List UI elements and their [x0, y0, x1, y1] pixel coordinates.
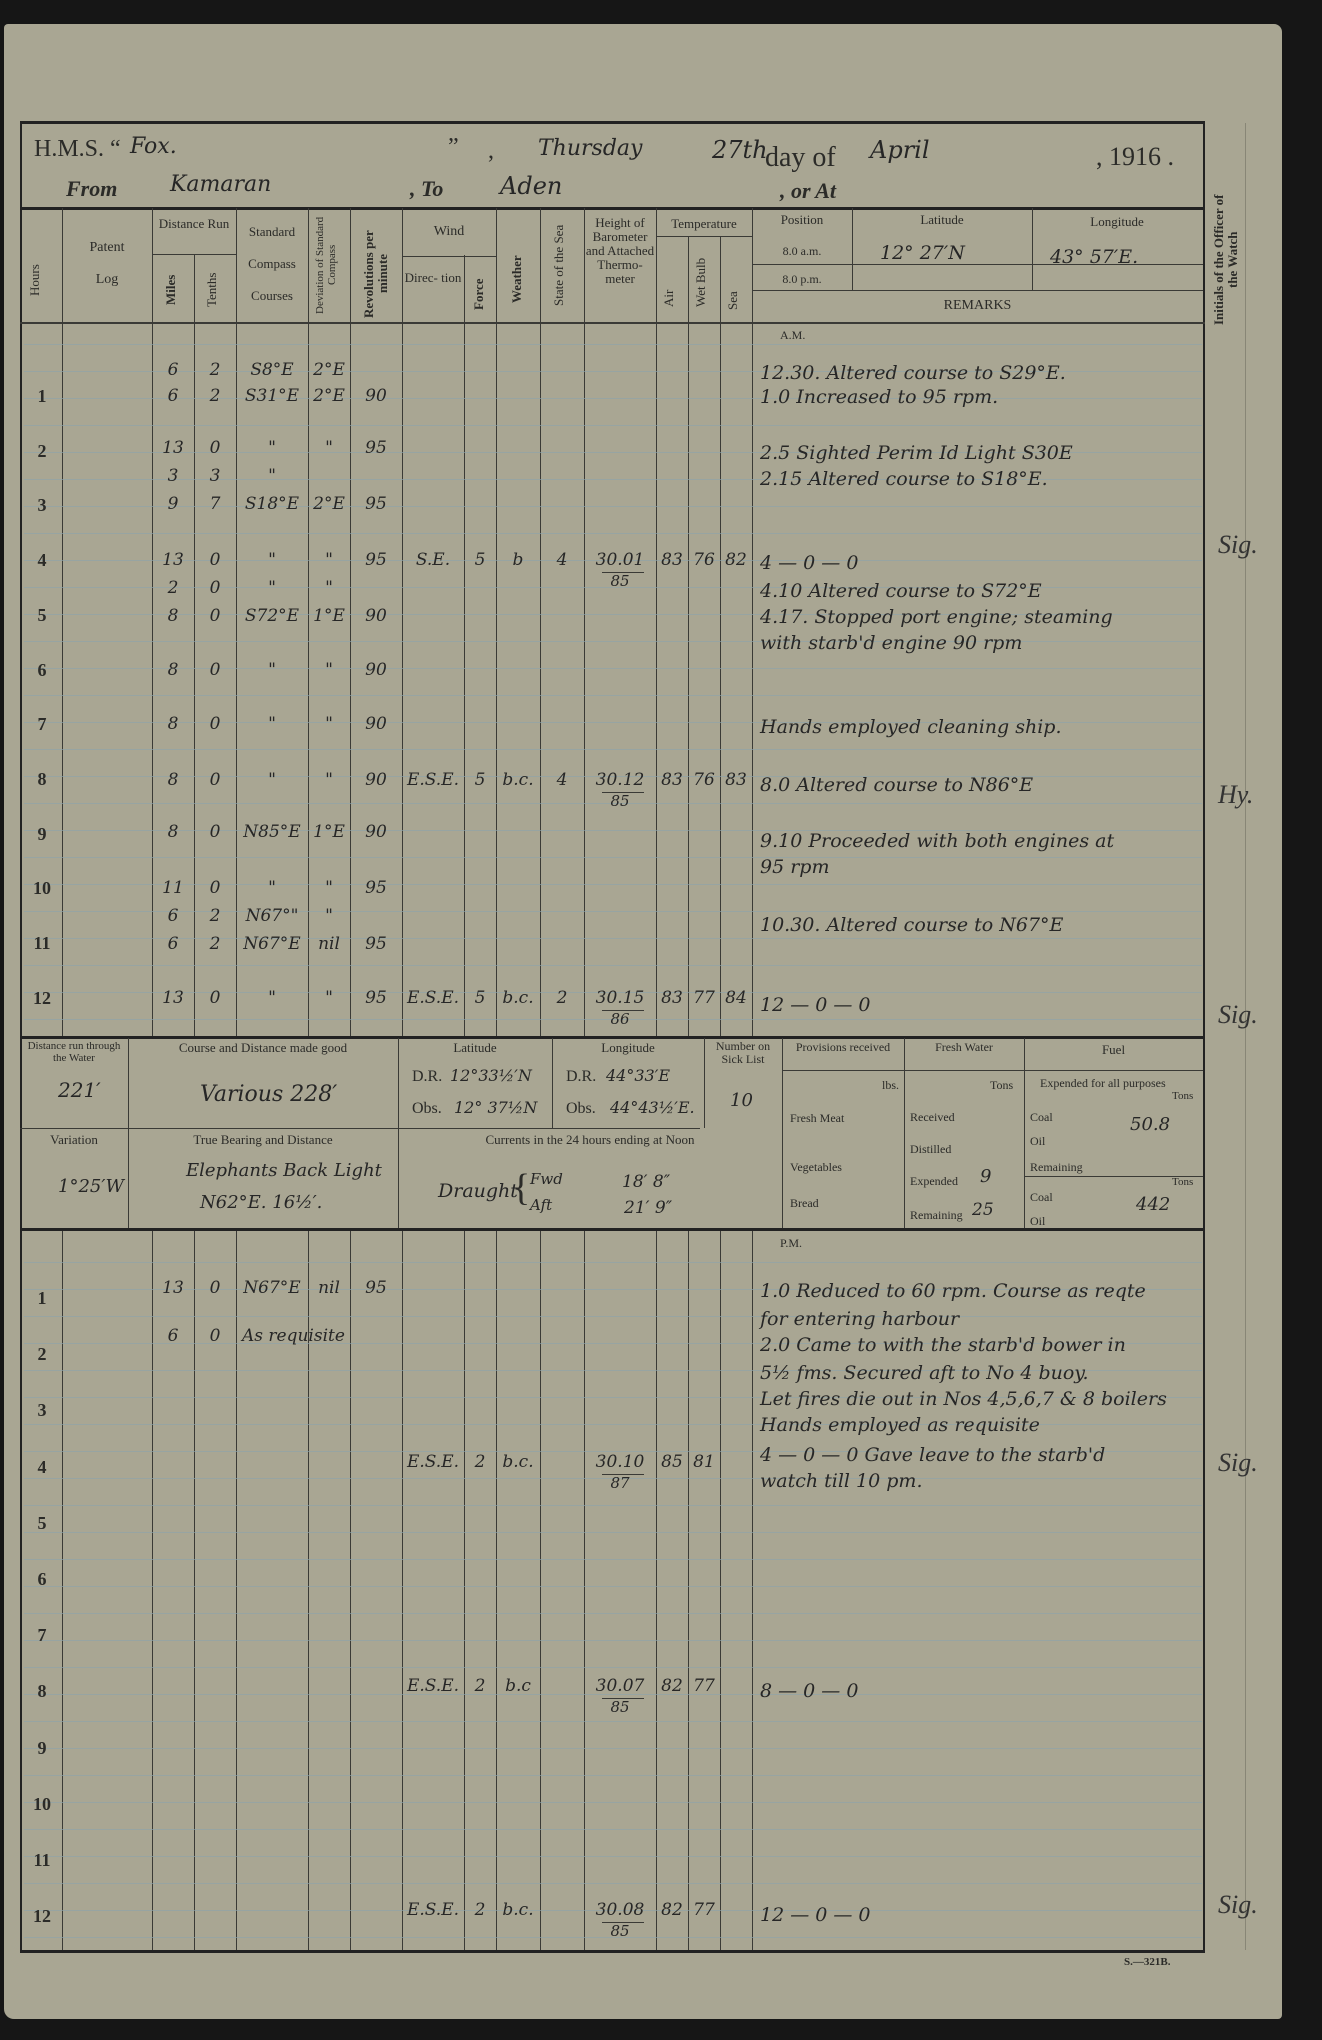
cell-revs: 95 — [350, 1278, 402, 1298]
cell-tenths: 0 — [194, 988, 236, 1008]
coal-label: Coal — [1030, 1110, 1053, 1125]
cell-course: S18°E — [236, 494, 308, 514]
margin-line — [1245, 123, 1246, 1950]
pos-pm-label: 8.0 p.m. — [752, 272, 852, 287]
ruled-line — [24, 1505, 1202, 1506]
cell-course: N67°E — [236, 934, 308, 954]
hour-label: 6 — [22, 1569, 62, 1590]
cell-revs: 90 — [350, 770, 402, 790]
fraction-bar — [602, 572, 644, 573]
cell-deviation: " — [308, 770, 350, 790]
cell-deviation: " — [308, 906, 350, 926]
remark-line: 4 — 0 — 0 — [760, 552, 858, 574]
to-place: Aden — [500, 172, 562, 200]
cell-revs: 95 — [350, 494, 402, 514]
remark-line: Let fires die out in Nos 4,5,6,7 & 8 boi… — [760, 1388, 1167, 1410]
hour-label: 11 — [22, 1850, 62, 1871]
received-label: Received — [910, 1110, 955, 1125]
col-weather: Weather — [510, 240, 528, 318]
remark-line: Hands employed as requisite — [760, 1414, 1040, 1436]
cell-course: N67°E — [236, 1278, 308, 1298]
remark-line: 9.10 Proceeded with both engines at — [760, 830, 1114, 852]
lon-dr: 44°33′E — [606, 1066, 670, 1085]
distilled-label: Distilled — [910, 1142, 951, 1157]
hour-label: 8 — [22, 1681, 62, 1702]
fuel-remaining-label: Remaining — [1030, 1160, 1083, 1175]
header-bottom-line — [20, 322, 1205, 324]
hour-label: 8 — [22, 769, 62, 790]
initials-signature: Sig. — [1218, 1890, 1258, 1920]
cell-course: N85°E — [236, 822, 308, 842]
cell-revs: 90 — [350, 606, 402, 626]
draught-label: Draught — [438, 1180, 518, 1202]
hour-label: 4 — [22, 550, 62, 571]
hour-label: 9 — [22, 824, 62, 845]
ruled-line — [24, 857, 1202, 858]
year: , 1916 . — [1096, 142, 1174, 172]
pm-label: P.M. — [780, 1236, 802, 1251]
column-divider — [720, 237, 721, 1036]
cell-miles: 6 — [152, 934, 194, 954]
col-standard: Standard — [236, 224, 308, 239]
hour-label: 7 — [22, 714, 62, 735]
cell-miles: 8 — [152, 770, 194, 790]
top-border — [20, 121, 1205, 124]
column-divider — [752, 1230, 753, 1950]
cell-deviation: 1°E — [308, 822, 350, 842]
cell-force: 2 — [464, 1676, 496, 1696]
header-top-line — [20, 207, 1205, 210]
cell-wind-dir: S.E. — [402, 550, 464, 570]
cell-tenths: 0 — [194, 550, 236, 570]
ruled-line — [24, 1775, 1202, 1776]
col-revolutions: Revolutions per minute — [362, 230, 394, 318]
cell-tenths: 0 — [194, 770, 236, 790]
remark-line: 8 — 0 — 0 — [760, 1680, 858, 1702]
column-divider — [584, 1230, 585, 1950]
cell-barometer: 30.08 — [584, 1900, 656, 1920]
remark-line: 4.10 Altered course to S72°E — [760, 580, 1042, 602]
cell-sea: 84 — [720, 988, 752, 1008]
ruled-line — [24, 1748, 1202, 1749]
hour-label: 1 — [22, 386, 62, 407]
true-bearing-line1: Elephants Back Light — [186, 1160, 382, 1181]
cell-wind-dir: E.S.E. — [402, 770, 464, 790]
cell-wind-dir: E.S.E. — [402, 1900, 464, 1920]
cell-tenths: 0 — [194, 578, 236, 598]
cell-miles: 8 — [152, 606, 194, 626]
column-divider — [540, 1230, 541, 1950]
col-force: Force — [472, 270, 490, 318]
cell-miles: 6 — [152, 386, 194, 406]
col-miles: Miles — [164, 262, 182, 318]
cell-wet-bulb: 76 — [688, 550, 720, 570]
ruled-line — [24, 1532, 1202, 1533]
cell-tenths: 0 — [194, 606, 236, 626]
cell-deviation: 1°E — [308, 606, 350, 626]
cell-course: " — [236, 988, 308, 1008]
cell-revs: 95 — [350, 934, 402, 954]
cell-wet-bulb: 76 — [688, 770, 720, 790]
remark-line: Hands employed cleaning ship. — [760, 716, 1062, 738]
cell-deviation: 2°E — [308, 386, 350, 406]
remark-line: 4 — 0 — 0 Gave leave to the starb'd — [760, 1444, 1105, 1466]
draught-aft-label: Aft — [530, 1196, 552, 1214]
hour-label: 4 — [22, 1457, 62, 1478]
oil-label: Oil — [1030, 1214, 1045, 1229]
cell-course: S31°E — [236, 386, 308, 406]
cell-tenths: 0 — [194, 660, 236, 680]
cell-revs: 90 — [350, 660, 402, 680]
cell-tenths: 2 — [194, 906, 236, 926]
cell-barometer: 30.12 — [584, 770, 656, 790]
latitude-label: Latitude — [398, 1040, 552, 1055]
coal-label: Coal — [1030, 1190, 1053, 1205]
pos-am-label: 8.0 a.m. — [752, 244, 852, 259]
cell-miles: 13 — [152, 438, 194, 458]
course-made-good: Various 228′ — [200, 1082, 337, 1107]
lon-dr-label: D.R. — [566, 1068, 596, 1086]
cell-air: 83 — [656, 770, 688, 790]
initials-signature: Hy. — [1218, 780, 1253, 810]
remark-line: 2.5 Sighted Perim Id Light S30E — [760, 442, 1073, 464]
remark-line: 1.0 Increased to 95 rpm. — [760, 386, 998, 408]
or-at-label: , or At — [780, 178, 836, 204]
cell-tenths: 0 — [194, 1326, 236, 1346]
cell-sea-state: 2 — [540, 988, 584, 1008]
col-barometer: Height of Barometer and Attached Thermo-… — [584, 216, 656, 286]
ruled-line — [24, 1640, 1202, 1641]
cell-miles: 3 — [152, 466, 194, 486]
column-divider — [402, 1230, 403, 1950]
ruled-line — [24, 695, 1202, 696]
cell-wet-bulb: 81 — [688, 1452, 720, 1472]
lbs-label: lbs. — [882, 1078, 899, 1093]
col-hours: Hours — [28, 240, 52, 320]
remark-line: 1.0 Reduced to 60 rpm. Course as reqte — [760, 1280, 1146, 1302]
ruled-line — [24, 1316, 1202, 1317]
fuel-tons-label: Tons — [1172, 1090, 1193, 1102]
bread-label: Bread — [790, 1196, 819, 1211]
remark-line: 2.0 Came to with the starb'd bower in — [760, 1334, 1126, 1356]
hour-label: 6 — [22, 660, 62, 681]
sick-list-label: Number on Sick List — [704, 1040, 782, 1066]
cell-miles: 13 — [152, 988, 194, 1008]
cell-miles: 13 — [152, 1278, 194, 1298]
cell-tenths: 0 — [194, 438, 236, 458]
cell-course: " — [236, 438, 308, 458]
lon-obs: 44°43½′E. — [610, 1098, 695, 1117]
fuel-label: Fuel — [1024, 1042, 1203, 1057]
cell-course: " — [236, 578, 308, 598]
ruled-line — [24, 1559, 1202, 1560]
cell-deviation: 2°E — [308, 494, 350, 514]
cell-course: S72°E — [236, 606, 308, 626]
cell-miles: 11 — [152, 878, 194, 898]
cell-course: " — [236, 550, 308, 570]
col-patent: Patent — [62, 240, 152, 255]
cell-revs: 90 — [350, 714, 402, 734]
cell-deviation: " — [308, 550, 350, 570]
remark-line: 8.0 Altered course to N86°E — [760, 774, 1033, 796]
lat-dr-label: D.R. — [412, 1068, 442, 1086]
true-bearing-line2: N62°E. 16½′. — [200, 1192, 322, 1213]
hour-label: 10 — [22, 878, 62, 899]
col-latitude: Latitude — [852, 212, 1032, 227]
distance-run-label: Distance run through the Water — [20, 1040, 128, 1064]
column-divider — [62, 1230, 63, 1950]
cell-tenths: 7 — [194, 494, 236, 514]
cell-miles: 6 — [152, 360, 194, 380]
cell-course: " — [236, 660, 308, 680]
hour-label: 9 — [22, 1738, 62, 1759]
cell-revs: 95 — [350, 878, 402, 898]
remark-line: 12 — 0 — 0 — [760, 1904, 871, 1926]
cell-air: 82 — [656, 1676, 688, 1696]
close-quote: ” — [448, 134, 459, 161]
cell-revs: 95 — [350, 438, 402, 458]
col-direction: Direc- tion — [404, 270, 462, 285]
cell-thermometer: 86 — [584, 1010, 656, 1028]
hour-label: 2 — [22, 1344, 62, 1365]
cell-tenths: 0 — [194, 1278, 236, 1298]
fuel-expended-label: Expended for all purposes — [1040, 1076, 1166, 1091]
col-initials: Initials of the Officer of the Watch — [1212, 190, 1242, 330]
remark-line: 5½ fms. Secured aft to No 4 buoy. — [760, 1362, 1089, 1384]
initials-signature: Sig. — [1218, 1448, 1258, 1478]
cell-air: 83 — [656, 550, 688, 570]
cell-wet-bulb: 77 — [688, 988, 720, 1008]
ruled-line — [24, 749, 1202, 750]
cell-miles: 8 — [152, 660, 194, 680]
noon-bottom-line — [20, 1228, 1205, 1231]
cell-air: 83 — [656, 988, 688, 1008]
bottom-border — [20, 1950, 1205, 1953]
ruled-line — [24, 1829, 1202, 1830]
cell-deviation: nil — [308, 1278, 350, 1298]
col-deviation: Deviation of Standard Compass — [314, 212, 346, 318]
distance-run: 221′ — [58, 1078, 101, 1102]
remark-line: 12.30. Altered course to S29°E. — [760, 362, 1066, 384]
fraction-bar — [602, 1474, 644, 1475]
cell-thermometer: 85 — [584, 792, 656, 810]
hour-label: 12 — [22, 988, 62, 1009]
course-made-good-label: Course and Distance made good — [128, 1040, 398, 1055]
cell-force: 5 — [464, 988, 496, 1008]
hour-label: 3 — [22, 495, 62, 516]
cell-tenths: 2 — [194, 934, 236, 954]
col-air: Air — [662, 280, 680, 316]
hms-label: H.M.S. “ — [34, 136, 121, 163]
cell-deviation: " — [308, 878, 350, 898]
fraction-bar — [602, 1010, 644, 1011]
lon-obs-label: Obs. — [566, 1100, 596, 1118]
hour-label: 5 — [22, 1513, 62, 1534]
col-temperature: Temperature — [656, 216, 752, 231]
cell-thermometer: 85 — [584, 572, 656, 590]
col-courses: Courses — [236, 288, 308, 303]
remark-line: 2.15 Altered course to S18°E. — [760, 468, 1048, 490]
cell-sea-state: 4 — [540, 550, 584, 570]
ruled-line — [24, 1613, 1202, 1614]
cell-tenths: 2 — [194, 360, 236, 380]
cell-tenths: 2 — [194, 386, 236, 406]
cell-force: 5 — [464, 770, 496, 790]
col-position: Position — [752, 212, 852, 227]
cell-course: " — [236, 714, 308, 734]
cell-weather: b.c. — [496, 988, 540, 1008]
initials-signature: Sig. — [1218, 1000, 1258, 1030]
coal-expended: 50.8 — [1130, 1114, 1170, 1135]
cell-deviation: " — [308, 578, 350, 598]
fuel-remaining-tons-label: Tons — [1172, 1176, 1193, 1188]
hour-label: 11 — [22, 933, 62, 954]
hour-label: 2 — [22, 441, 62, 462]
ruled-line — [24, 641, 1202, 642]
cell-force: 2 — [464, 1452, 496, 1472]
col-wet-bulb: Wet Bulb — [694, 248, 712, 316]
cell-air: 82 — [656, 1900, 688, 1920]
remark-line: with starb'd engine 90 rpm — [760, 632, 1022, 654]
cell-course: " — [236, 770, 308, 790]
remark-line: for entering harbour — [760, 1308, 959, 1330]
hour-label: 10 — [22, 1794, 62, 1815]
col-distance-run: Distance Run — [152, 216, 236, 231]
column-divider — [464, 1230, 465, 1950]
provisions-label: Provisions received — [782, 1040, 904, 1055]
cell-course: " — [236, 878, 308, 898]
cell-tenths: 0 — [194, 878, 236, 898]
cell-weather: b — [496, 550, 540, 570]
sick-list: 10 — [730, 1090, 753, 1111]
column-divider — [688, 1230, 689, 1950]
column-divider — [496, 1230, 497, 1950]
month: April — [870, 136, 930, 164]
cell-sea: 82 — [720, 550, 752, 570]
longitude-label: Longitude — [552, 1040, 704, 1055]
cell-force: 5 — [464, 550, 496, 570]
cell-revs: 90 — [350, 386, 402, 406]
hour-label: 5 — [22, 605, 62, 626]
draught-fwd: 18′ 8″ — [622, 1172, 670, 1192]
fresh-meat-label: Fresh Meat — [790, 1112, 850, 1125]
remark-line: 4.17. Stopped port engine; steaming — [760, 606, 1113, 628]
lat-dr: 12°33½′N — [450, 1066, 532, 1085]
cell-miles: 13 — [152, 550, 194, 570]
ruled-line — [24, 1667, 1202, 1668]
cell-revs: 90 — [350, 822, 402, 842]
col-wind: Wind — [402, 224, 496, 239]
remark-line: 12 — 0 — 0 — [760, 994, 871, 1016]
cell-weather: b.c. — [496, 1900, 540, 1920]
comma: , — [488, 138, 494, 165]
from-label: From — [66, 176, 117, 202]
col-sea: Sea — [726, 286, 744, 316]
noon-top-line — [20, 1036, 1205, 1039]
cell-course: As requisite — [236, 1326, 402, 1346]
ruled-line — [24, 1721, 1202, 1722]
water-expended: 9 — [980, 1166, 991, 1187]
cell-wet-bulb: 77 — [688, 1900, 720, 1920]
ruled-line — [24, 1883, 1202, 1884]
fraction-bar — [602, 1698, 644, 1699]
cell-deviation: " — [308, 988, 350, 1008]
variation: 1°25′W — [58, 1176, 124, 1197]
ruled-line — [24, 1856, 1202, 1857]
fresh-water-label: Fresh Water — [904, 1040, 1024, 1055]
col-longitude: Longitude — [1032, 214, 1202, 229]
cell-tenths: 0 — [194, 714, 236, 734]
day: 27th — [712, 136, 768, 164]
cell-course: N67°" — [236, 906, 308, 926]
hour-label: 12 — [22, 1906, 62, 1927]
cell-thermometer: 85 — [584, 1698, 656, 1716]
cell-revs: 95 — [350, 988, 402, 1008]
cell-miles: 9 — [152, 494, 194, 514]
initials-signature: Sig. — [1218, 530, 1258, 560]
cell-course: " — [236, 466, 308, 486]
cell-thermometer: 87 — [584, 1474, 656, 1492]
ruled-line — [24, 1586, 1202, 1587]
cell-sea: 83 — [720, 770, 752, 790]
cell-miles: 6 — [152, 1326, 194, 1346]
cell-wet-bulb: 77 — [688, 1676, 720, 1696]
variation-label: Variation — [20, 1132, 128, 1147]
water-tons-label: Tons — [990, 1078, 1013, 1093]
oil-label: Oil — [1030, 1134, 1045, 1149]
vegetables-label: Vegetables — [790, 1160, 842, 1175]
cell-deviation: 2°E — [308, 360, 350, 380]
ruled-line — [24, 1802, 1202, 1803]
cell-barometer: 30.15 — [584, 988, 656, 1008]
cell-thermometer: 85 — [584, 1922, 656, 1940]
cell-deviation: " — [308, 714, 350, 734]
ruled-line — [24, 1262, 1202, 1263]
form-number: S.—321B. — [1124, 1956, 1170, 1968]
lat-obs: 12° 37½N — [454, 1098, 537, 1117]
cell-miles: 8 — [152, 822, 194, 842]
ruled-line — [24, 425, 1202, 426]
col-remarks: REMARKS — [752, 298, 1203, 313]
lat-obs-label: Obs. — [412, 1100, 442, 1118]
cell-tenths: 0 — [194, 822, 236, 842]
am-longitude: 43° 57′E. — [1050, 246, 1138, 268]
cell-barometer: 30.01 — [584, 550, 656, 570]
true-bearing-label: True Bearing and Distance — [128, 1132, 398, 1147]
remaining-label: Remaining — [910, 1208, 963, 1223]
column-divider — [688, 237, 689, 1036]
coal-remaining: 442 — [1136, 1194, 1170, 1215]
am-latitude: 12° 27′N — [880, 242, 965, 264]
hour-label: 3 — [22, 1400, 62, 1421]
cell-weather: b.c. — [496, 1452, 540, 1472]
cell-weather: b.c — [496, 1676, 540, 1696]
cell-force: 2 — [464, 1900, 496, 1920]
cell-air: 85 — [656, 1452, 688, 1472]
col-state-of-sea: State of the Sea — [552, 212, 572, 318]
ruled-line — [24, 344, 1202, 345]
from-place: Kamaran — [170, 172, 271, 197]
cell-miles: 6 — [152, 906, 194, 926]
cell-barometer: 30.10 — [584, 1452, 656, 1472]
currents-label: Currents in the 24 hours ending at Noon — [398, 1132, 782, 1147]
cell-deviation: nil — [308, 934, 350, 954]
cell-barometer: 30.07 — [584, 1676, 656, 1696]
am-label: A.M. — [780, 328, 805, 343]
remark-line: watch till 10 pm. — [760, 1470, 922, 1492]
hour-label: 7 — [22, 1625, 62, 1646]
cell-deviation: " — [308, 438, 350, 458]
